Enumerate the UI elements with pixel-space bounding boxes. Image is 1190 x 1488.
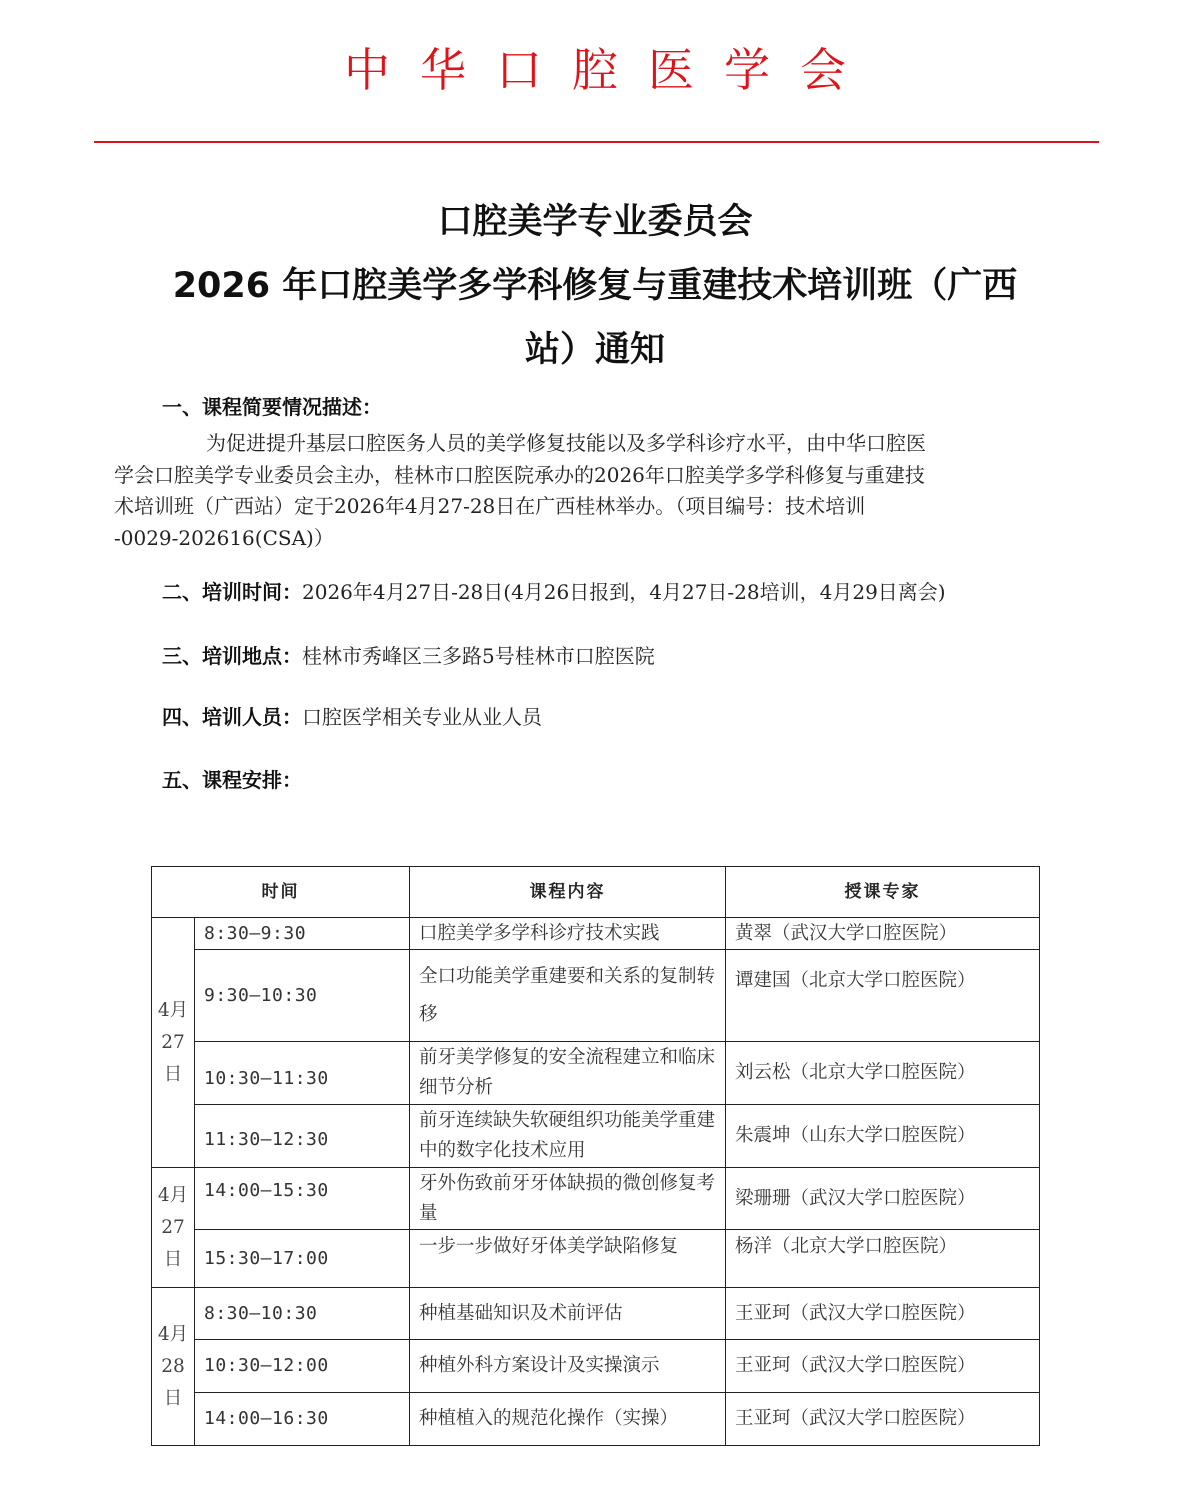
date-day: 27	[152, 1212, 194, 1244]
expert-cell: 朱震坤（山东大学口腔医院）	[726, 1105, 1040, 1168]
date-suffix: 日	[152, 1383, 194, 1415]
content-cell: 一步一步做好牙体美学缺陷修复	[410, 1230, 726, 1288]
content-cell: 种植基础知识及术前评估	[410, 1288, 726, 1340]
expert-cell: 刘云松（北京大学口腔医院）	[726, 1042, 1040, 1105]
time-cell: 11:30—12:30	[195, 1105, 410, 1168]
content-cell: 种植植入的规范化操作（实操）	[410, 1393, 726, 1446]
content-cell: 前牙美学修复的安全流程建立和临床细节分析	[410, 1042, 726, 1105]
section-training-location: 三、培训地点：桂林市秀峰区三多路5号桂林市口腔医院	[162, 640, 655, 672]
expert-cell: 梁珊珊（武汉大学口腔医院）	[726, 1168, 1040, 1230]
table-row: 4月 28 日 8:30—10:30 种植基础知识及术前评估 王亚珂（武汉大学口…	[152, 1288, 1040, 1340]
date-month: 4月	[152, 995, 194, 1027]
time-cell: 9:30—10:30	[195, 950, 410, 1042]
table-row: 14:00—16:30 种植植入的规范化操作（实操） 王亚珂（武汉大学口腔医院）	[152, 1393, 1040, 1446]
date-day: 28	[152, 1351, 194, 1383]
expert-cell: 王亚珂（武汉大学口腔医院）	[726, 1288, 1040, 1340]
content-cell: 全口功能美学重建要和关系的复制转移	[410, 950, 726, 1042]
expert-cell: 黄翠（武汉大学口腔医院）	[726, 918, 1040, 950]
header-time: 时间	[152, 867, 410, 918]
time-cell: 10:30—12:00	[195, 1340, 410, 1393]
expert-cell: 杨洋（北京大学口腔医院）	[726, 1230, 1040, 1288]
section-heading: 一、课程简要情况描述：	[162, 395, 382, 419]
expert-cell: 王亚珂（武汉大学口腔医院）	[726, 1340, 1040, 1393]
organization-letterhead: 中华口腔医学会	[0, 38, 1190, 102]
expert-cell: 谭建国（北京大学口腔医院）	[726, 950, 1040, 1042]
training-time-value: 2026年4月27日-28日(4月26日报到，4月27日-28培训，4月29日离…	[302, 580, 946, 604]
section-course-schedule: 五、课程安排：	[162, 764, 302, 796]
date-suffix: 日	[152, 1244, 194, 1276]
time-cell: 14:00—16:30	[195, 1393, 410, 1446]
trainees-value: 口腔医学相关专业从业人员	[302, 705, 542, 729]
date-day: 27	[152, 1027, 194, 1059]
section-heading: 五、课程安排：	[162, 768, 302, 792]
header-content: 课程内容	[410, 867, 726, 918]
training-location-value: 桂林市秀峰区三多路5号桂林市口腔医院	[302, 644, 655, 668]
content-cell: 口腔美学多学科诊疗技术实践	[410, 918, 726, 950]
table-row: 4月 27 日 14:00—15:30 牙外伤致前牙牙体缺损的微创修复考量 梁珊…	[152, 1168, 1040, 1230]
table-row: 4月 27 日 8:30—9:30 口腔美学多学科诊疗技术实践 黄翠（武汉大学口…	[152, 918, 1040, 950]
course-overview-paragraph: 为促进提升基层口腔医务人员的美学修复技能以及多学科诊疗水平，由中华口腔医 学会口…	[114, 428, 1080, 554]
paragraph-line: 术培训班（广西站）定于2026年4月27-28日在广西桂林举办。（项目编号：技术…	[114, 491, 1080, 523]
content-cell: 种植外科方案设计及实操演示	[410, 1340, 726, 1393]
section-trainees: 四、培训人员：口腔医学相关专业从业人员	[162, 701, 542, 733]
time-cell: 10:30—11:30	[195, 1042, 410, 1105]
course-schedule-table: 时间 课程内容 授课专家 4月 27 日 8:30—9:30 口腔美学多学科诊疗…	[151, 866, 1040, 1446]
document-title: 口腔美学专业委员会 2026 年口腔美学多学科修复与重建技术培训班（广西 站）通…	[100, 190, 1090, 382]
section-training-time: 二、培训时间：2026年4月27日-28日(4月26日报到，4月27日-28培训…	[162, 576, 946, 608]
section-heading: 四、培训人员：	[162, 705, 302, 729]
document-title-line-3: 站）通知	[100, 318, 1090, 382]
time-cell: 8:30—10:30	[195, 1288, 410, 1340]
section-heading: 三、培训地点：	[162, 644, 302, 668]
date-suffix: 日	[152, 1059, 194, 1091]
table-row: 15:30—17:00 一步一步做好牙体美学缺陷修复 杨洋（北京大学口腔医院）	[152, 1230, 1040, 1288]
date-month: 4月	[152, 1319, 194, 1351]
table-header-row: 时间 课程内容 授课专家	[152, 867, 1040, 918]
date-cell: 4月 27 日	[152, 1168, 195, 1288]
content-cell: 前牙连续缺失软硬组织功能美学重建中的数字化技术应用	[410, 1105, 726, 1168]
table-row: 9:30—10:30 全口功能美学重建要和关系的复制转移 谭建国（北京大学口腔医…	[152, 950, 1040, 1042]
section-course-overview: 一、课程简要情况描述：	[162, 391, 382, 423]
table-row: 10:30—11:30 前牙美学修复的安全流程建立和临床细节分析 刘云松（北京大…	[152, 1042, 1040, 1105]
time-cell: 14:00—15:30	[195, 1168, 410, 1230]
paragraph-line: 为促进提升基层口腔医务人员的美学修复技能以及多学科诊疗水平，由中华口腔医	[114, 428, 1080, 460]
paragraph-line: 学会口腔美学专业委员会主办，桂林市口腔医院承办的2026年口腔美学多学科修复与重…	[114, 460, 1080, 492]
time-cell: 15:30—17:00	[195, 1230, 410, 1288]
document-title-line-2: 2026 年口腔美学多学科修复与重建技术培训班（广西	[100, 254, 1090, 318]
section-heading: 二、培训时间：	[162, 580, 302, 604]
date-cell: 4月 27 日	[152, 918, 195, 1168]
document-title-line-1: 口腔美学专业委员会	[100, 190, 1090, 254]
paragraph-line: -0029-202616(CSA)）	[114, 523, 1080, 555]
content-cell: 牙外伤致前牙牙体缺损的微创修复考量	[410, 1168, 726, 1230]
date-cell: 4月 28 日	[152, 1288, 195, 1446]
header-expert: 授课专家	[726, 867, 1040, 918]
time-cell: 8:30—9:30	[195, 918, 410, 950]
expert-cell: 王亚珂（武汉大学口腔医院）	[726, 1393, 1040, 1446]
table-row: 10:30—12:00 种植外科方案设计及实操演示 王亚珂（武汉大学口腔医院）	[152, 1340, 1040, 1393]
table-row: 11:30—12:30 前牙连续缺失软硬组织功能美学重建中的数字化技术应用 朱震…	[152, 1105, 1040, 1168]
letterhead-divider	[94, 141, 1099, 143]
date-month: 4月	[152, 1180, 194, 1212]
